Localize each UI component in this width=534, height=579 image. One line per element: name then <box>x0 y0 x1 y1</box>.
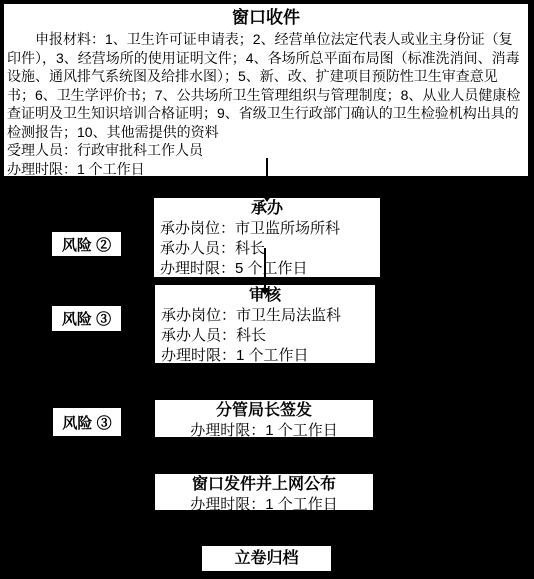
arrow-down-icon <box>260 288 270 295</box>
window-receipt-box: 窗口收件 申报材料：1、卫生许可证申请表；2、经营单位法定代表人或业主身份证（复… <box>2 2 530 178</box>
connector-line <box>264 248 266 289</box>
step-details: 承办岗位：市卫监所场所科 承办人员：科长 办理时限：5 个工作日 <box>154 219 380 279</box>
step-title: 窗口发件并上网公布 <box>155 474 373 495</box>
risk-badge-3-signoff: 风险 ③ <box>51 406 123 438</box>
step-box-director-signoff: 分管局长签发 办理时限：1 个工作日 <box>153 398 375 439</box>
flowchart-canvas: 窗口收件 申报材料：1、卫生许可证申请表；2、经营单位法定代表人或业主身份证（复… <box>0 0 534 579</box>
step-details: 办理时限：1 个工作日 <box>155 495 373 514</box>
step-details: 办理时限：1 个工作日 <box>155 421 373 440</box>
step-title: 立卷归档 <box>234 551 298 567</box>
step-box-review: 审核 承办岗位：市卫生局法监科 承办人员：科长 办理时限：1 个工作日 <box>153 283 377 365</box>
step-title: 分管局长签发 <box>155 400 373 421</box>
step-box-undertake: 承办 承办岗位：市卫监所场所科 承办人员：科长 办理时限：5 个工作日 <box>152 196 382 279</box>
window-receipt-details: 申报材料：1、卫生许可证申请表；2、经营单位法定代表人或业主身份证（复印件），3… <box>7 30 525 178</box>
step-box-dispatch-publish: 窗口发件并上网公布 办理时限：1 个工作日 <box>153 472 375 512</box>
connector-line <box>266 158 268 196</box>
arrow-down-icon <box>262 195 272 202</box>
step-details: 承办岗位：市卫生局法监科 承办人员：科长 办理时限：1 个工作日 <box>155 306 375 366</box>
risk-badge-2: 风险 ② <box>50 230 123 258</box>
window-receipt-title: 窗口收件 <box>7 5 525 30</box>
risk-badge-label: 风险 ③ <box>62 308 111 329</box>
step-box-archive: 立卷归档 <box>200 544 333 573</box>
risk-badge-3-review: 风险 ③ <box>50 304 123 333</box>
risk-badge-label: 风险 ② <box>62 234 111 255</box>
risk-badge-label: 风险 ③ <box>62 412 111 433</box>
